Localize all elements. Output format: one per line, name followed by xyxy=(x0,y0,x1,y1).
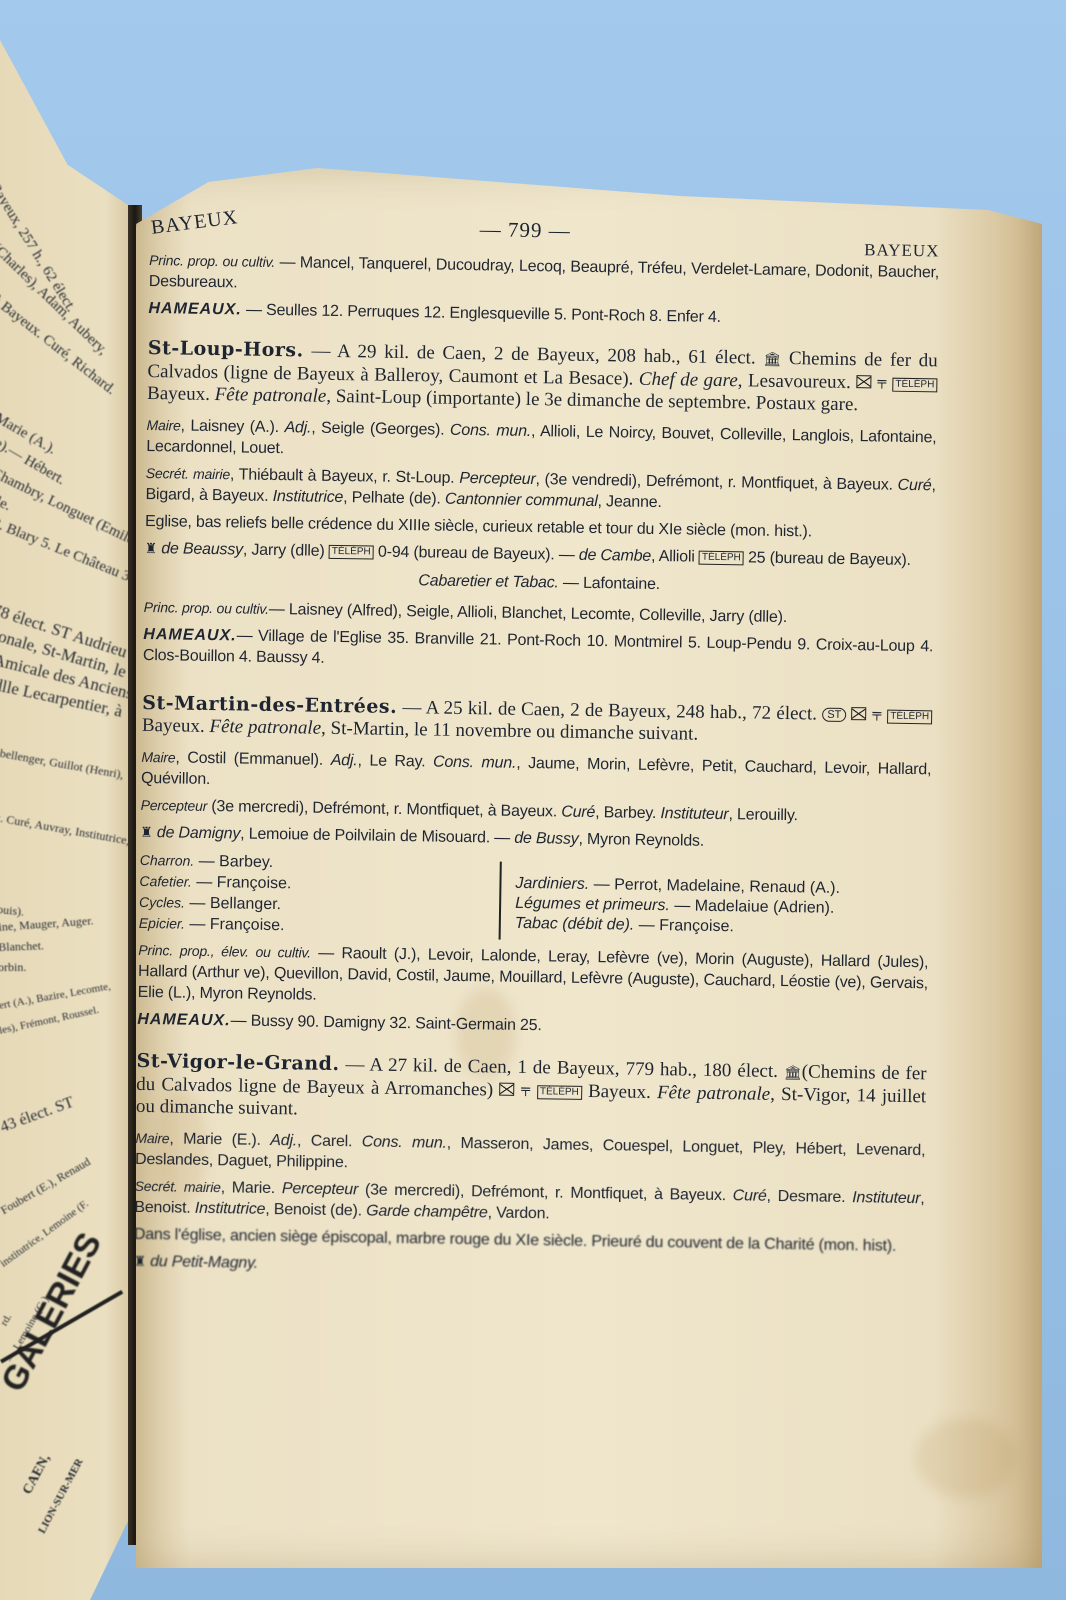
fete-label: Fête patronale xyxy=(657,1082,770,1105)
adjoint-text: , Carel. xyxy=(297,1132,362,1150)
chateau-owner: , Allioli xyxy=(651,548,699,566)
institutrice-label: Institutrice xyxy=(195,1200,266,1218)
trades-right: Jardiniers. — Perrot, Madelaine, Renaud … xyxy=(515,856,930,946)
prop-label: Princ. prop., élev. ou cultiv. xyxy=(138,942,311,961)
maire-label: Maire xyxy=(141,749,175,766)
council-label: Cons. mun. xyxy=(362,1133,447,1151)
staff: Secrét. mairie, Marie. Percepteur (3e me… xyxy=(134,1176,925,1230)
hameaux-text: — Village de l'Eglise 35. Branville 21. … xyxy=(143,627,933,666)
running-head-right: BAYEUX xyxy=(864,239,940,261)
adjoint-text: , Seigle (Georges). xyxy=(311,420,450,439)
page-number: — 799 — xyxy=(480,219,571,241)
entry-intro: St-Loup-Hors. — A 29 kil. de Caen, 2 de … xyxy=(147,337,938,417)
cure-label: Curé xyxy=(733,1187,767,1205)
trade-label: Jardiniers. xyxy=(515,875,589,893)
institutrice-text: , Pelhate (de). xyxy=(343,489,445,508)
entry-st-vigor-le-grand: St-Vigor-le-Grand. — A 27 kil. de Caen, … xyxy=(133,1050,926,1285)
cure-text: , Desmare. xyxy=(767,1188,853,1206)
advert-subline: CAEN, xyxy=(20,1452,54,1498)
railway-station-icon: 🏛 xyxy=(763,349,781,371)
maire-label: Maire xyxy=(146,417,180,434)
post-office-icon xyxy=(499,1083,514,1096)
opening-hameaux: HAMEAUX. — Seulles 12. Perruques 12. Eng… xyxy=(148,298,938,331)
prop-text: — Laisney (Alfred), Seigle, Allioli, Bla… xyxy=(269,601,787,626)
running-head-left: BAYEUX xyxy=(150,207,239,239)
chateau-phone: 0-94 (bureau de Bayeux). — xyxy=(374,544,579,564)
entry-intro-text: Bayeux. xyxy=(147,383,215,405)
entry-intro: St-Martin-des-Entrées. — A 25 kil. de Ca… xyxy=(142,692,933,749)
instituteur-label: Instituteur xyxy=(852,1189,920,1207)
chateau-phone: 25 (bureau de Bayeux). xyxy=(744,549,911,569)
station-badge-icon: ST xyxy=(822,708,846,722)
column-divider xyxy=(499,862,502,940)
staff: Secrét. mairie, Thiébault à Bayeux, r. S… xyxy=(145,463,936,517)
commerce-label: Cabaretier et Tabac. xyxy=(418,572,559,591)
council-label: Cons. mun. xyxy=(450,422,531,440)
chateau-owner: , Jarry (dlle) xyxy=(243,542,329,560)
entry-intro-text: Bayeux. xyxy=(142,715,210,737)
secretary-text: , Thiébault à Bayeux, r. St-Loup. xyxy=(230,466,460,487)
chateau-name: de Beaussy xyxy=(161,540,243,558)
telephone-icon: TÉLÉPH xyxy=(892,378,937,393)
percepteur-text: , (3e vendredi), Defrémont, r. Montfique… xyxy=(535,471,897,494)
chateau-icon: ♜ xyxy=(140,823,153,844)
chateau-icon: ♜ xyxy=(133,1252,146,1273)
chateaux: ♜ du Petit-Magny. xyxy=(133,1251,923,1285)
chateau-name: de Damigny xyxy=(157,824,241,842)
percepteur-label: Percepteur xyxy=(459,470,536,488)
maire-text: , Marie (E.). xyxy=(169,1130,270,1149)
entry-title: St-Martin-des-Entrées. xyxy=(142,692,397,718)
left-page-line: lle. xyxy=(0,492,13,515)
trade-value: — Bellanger. xyxy=(185,895,281,914)
chateau-name: du Petit-Magny. xyxy=(150,1253,258,1272)
fete-label: Fête patronale xyxy=(214,384,326,407)
maire-label: Maire xyxy=(135,1130,169,1147)
secretary-text: , Marie. xyxy=(221,1179,282,1197)
percepteur-text: (3e mercredi), Defrémont, r. Montfiquet,… xyxy=(358,1181,733,1204)
trade-value: — Françoise. xyxy=(185,916,285,935)
telephone-icon: TÉLÉPH xyxy=(537,1085,582,1100)
cantonnier-text: , Jeanne. xyxy=(597,493,661,511)
post-office-icon xyxy=(851,707,866,720)
entry-intro: St-Vigor-le-Grand. — A 27 kil. de Caen, … xyxy=(136,1050,927,1130)
trade-label: Charron. xyxy=(140,852,195,869)
instituteur-text: , Lerouilly. xyxy=(728,806,798,824)
telephone-icon: TÉLÉPH xyxy=(329,545,374,560)
trade-row: Epicier. — Françoise. xyxy=(139,913,499,940)
prop-label: Princ. prop. ou cultiv. xyxy=(144,599,269,617)
commerce-line: Cabaretier et Tabac. — Lafontaine. xyxy=(144,566,934,599)
trade-label: Tabac (débit de). xyxy=(515,915,635,934)
adjoint-label: Adj. xyxy=(331,752,358,769)
secretary-label: Secrét. mairie xyxy=(135,1178,221,1195)
left-page-line: 43 élect. ST xyxy=(0,1094,76,1137)
cure-label: Curé xyxy=(561,804,595,822)
chateau-icon: ♜ xyxy=(145,539,158,560)
trade-value: — Barbey. xyxy=(194,853,273,871)
proprietors: Princ. prop., élev. ou cultiv. — Raoult … xyxy=(138,940,929,1015)
trades-left: Charron. — Barbey. Cafetier. — Françoise… xyxy=(139,850,500,940)
officials: Maire, Costil (Emmanuel). Adj., Le Ray. … xyxy=(141,747,932,801)
left-page-line: ouis). xyxy=(0,902,25,920)
hameaux-label: HAMEAUX. xyxy=(148,300,242,318)
left-page-line: x. Curé, Auvray, Institutrice, xyxy=(0,810,131,849)
entry-title: St-Loup-Hors. xyxy=(148,337,304,361)
paper-stain xyxy=(916,1418,1016,1498)
trade-label: Epicier. xyxy=(139,915,185,932)
chef-de-gare-text: , Lesavoureux. xyxy=(738,370,857,393)
hameaux-label: HAMEAUX. xyxy=(143,626,237,644)
chateau-owner: , Lemoiue de Poilvilain de Misouard. — xyxy=(240,825,514,846)
trade-value: — Françoise. xyxy=(192,874,292,893)
entry-title: St-Vigor-le-Grand. xyxy=(136,1050,339,1075)
officials: Maire, Laisney (A.). Adj., Seigle (Georg… xyxy=(146,415,937,469)
trade-label: Légumes et primeurs. xyxy=(515,895,670,914)
officials: Maire, Marie (E.). Adj., Carel. Cons. mu… xyxy=(135,1128,926,1182)
trade-label: Cafetier. xyxy=(139,873,192,890)
fete-label: Fête patronale xyxy=(209,716,321,739)
hameaux: HAMEAUX.— Village de l'Eglise 35. Branvi… xyxy=(143,624,934,678)
telegraph-icon: ⫧ xyxy=(872,704,883,726)
commerce-text: — Lafontaine. xyxy=(559,574,661,593)
left-page-line: Blanchet. xyxy=(0,938,44,955)
entry-intro-text: Bayeux. xyxy=(582,1081,658,1103)
trade-value: — Madelaiue (Adrien). xyxy=(670,897,835,917)
instituteur-label: Instituteur xyxy=(660,805,728,823)
maire-text: , Costil (Emmanuel). xyxy=(175,749,331,768)
percepteur-label: Percepteur xyxy=(282,1180,359,1198)
chef-de-gare-label: Chef de gare xyxy=(639,369,738,392)
chateau-owner: , Myron Reynolds. xyxy=(578,831,704,850)
trades-columns: Charron. — Barbey. Cafetier. — Françoise… xyxy=(139,850,930,946)
page-content: BAYEUX — 799 — BAYEUX Princ. prop. ou cu… xyxy=(133,210,940,1291)
prop-label: Princ. prop. ou cultiv. xyxy=(149,252,275,270)
left-page-line: rd. xyxy=(0,1312,14,1328)
adjoint-label: Adj. xyxy=(284,419,311,436)
trade-value: — Françoise. xyxy=(634,917,734,936)
entry-st-loup-hors: St-Loup-Hors. — A 29 kil. de Caen, 2 de … xyxy=(143,337,938,678)
council-label: Cons. mun. xyxy=(433,754,516,772)
telegraph-icon: ⫧ xyxy=(520,1080,531,1102)
left-page-line: orbin. xyxy=(0,960,26,975)
garde-text: , Vardon. xyxy=(488,1204,550,1222)
trade-value: — Perrot, Madelaine, Renaud (A.). xyxy=(589,876,840,897)
percepteur-text: (3e mercredi), Defrémont, r. Montfiquet,… xyxy=(207,798,561,821)
maire-text: , Laisney (A.). xyxy=(180,418,284,437)
hameaux-text: — Seulles 12. Perruques 12. Englesquevil… xyxy=(246,302,721,326)
institutrice-label: Institutrice xyxy=(273,488,344,506)
garde-label: Garde champêtre xyxy=(366,1203,488,1222)
trade-label: Cycles. xyxy=(139,894,185,911)
cantonnier-label: Cantonnier communal xyxy=(445,491,598,510)
telegraph-icon: ⫧ xyxy=(877,372,888,394)
adjoint-label: Adj. xyxy=(270,1132,297,1149)
institutrice-text: , Benoist (de). xyxy=(265,1201,366,1220)
telephone-icon: TÉLÉPH xyxy=(887,710,932,725)
chateau-name: de Cambe xyxy=(579,547,651,565)
entry-st-martin-des-entrees: St-Martin-des-Entrées. — A 25 kil. de Ca… xyxy=(137,692,932,1042)
hameaux-label: HAMEAUX. xyxy=(137,1011,231,1029)
percepteur-label: Percepteur xyxy=(141,797,208,814)
cure-text: , Barbey. xyxy=(595,804,661,822)
cure-label: Curé xyxy=(897,477,931,495)
post-office-icon xyxy=(856,375,871,388)
hameaux: HAMEAUX.— Bussy 90. Damigny 32. Saint-Ge… xyxy=(137,1009,927,1042)
railway-station-icon: 🏛 xyxy=(784,1062,802,1084)
hameaux-text: — Bussy 90. Damigny 32. Saint-Germain 25… xyxy=(230,1012,541,1034)
secretary-label: Secrét. mairie xyxy=(146,465,230,482)
left-page-line: ebellenger, Guillot (Henri), xyxy=(0,745,125,782)
adjoint-text: , Le Ray. xyxy=(357,752,433,770)
chateau-name: de Bussy xyxy=(514,830,578,848)
telephone-icon: TÉLÉPH xyxy=(699,551,744,566)
